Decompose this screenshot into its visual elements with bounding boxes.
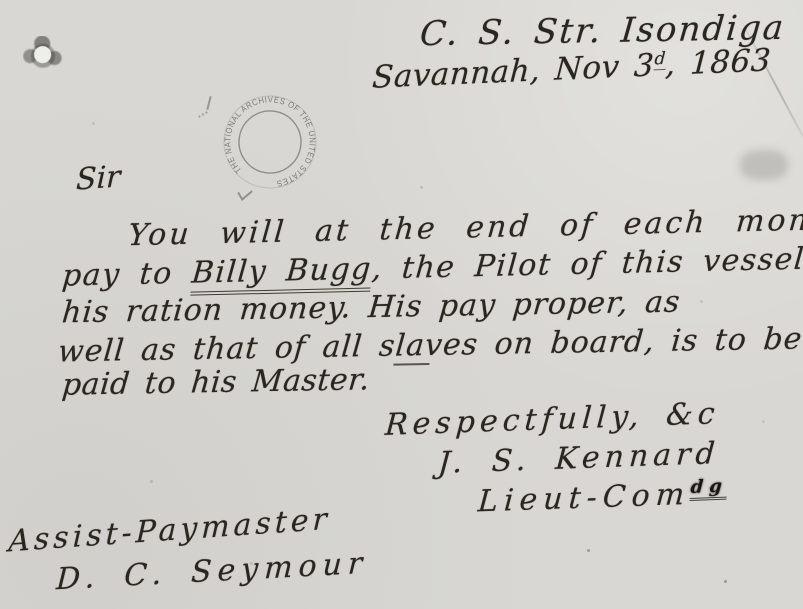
salutation: Sir (76, 162, 121, 195)
national-archives-stamp: THE NATIONAL ARCHIVES OF THE UNITED STAT… (189, 61, 351, 223)
date-year: , 1863 (664, 42, 772, 83)
rank-superscript: dg (690, 476, 729, 501)
scanned-letter-page: C. S. Str. Isondiga Savannah, Nov 3d, 18… (0, 0, 803, 609)
paper-speck (762, 420, 765, 423)
closing-respectfully: Respectfully, &c (384, 399, 721, 441)
rank-text: Lieut-Com (477, 477, 692, 520)
paper-speck (150, 480, 153, 483)
addressee-name: D. C. Seymour (55, 549, 369, 595)
stamp-graphic: THE NATIONAL ARCHIVES OF THE UNITED STAT… (189, 61, 351, 223)
pilot-name-underlined: Billy Bugg (190, 251, 373, 295)
paper-speck (587, 549, 590, 552)
body-line-5: paid to his Master. (61, 365, 371, 400)
paper-speck (724, 580, 727, 583)
paper-speck (92, 122, 95, 125)
signature-name: J. S. Kennard (437, 439, 721, 479)
body-line-2-post: , the Pilot of this vessel, (370, 241, 803, 286)
paper-speck (420, 186, 423, 189)
faded-ink-smudge (740, 150, 788, 180)
paper-speck (700, 300, 703, 303)
stamp-inner-ring (234, 106, 306, 178)
signature-rank: Lieut-Comdg (477, 478, 728, 518)
body-line-4: well as that of all slaves on board, is … (57, 324, 803, 367)
body-line-4-post: on board, is to be (477, 321, 803, 362)
date-text: Savannah, Nov 3 (371, 47, 655, 95)
stamp-text: THE NATIONAL ARCHIVES OF THE UNITED STAT… (215, 87, 325, 195)
stamp-outer-ring (217, 89, 324, 196)
body-line-2-pre: pay to (61, 256, 194, 294)
fastener-hole-mark (23, 36, 63, 74)
paper-speck (250, 562, 253, 565)
underlined-word: slaves (378, 327, 480, 364)
body-line-3: his ration money. His pay proper, as (61, 288, 682, 329)
